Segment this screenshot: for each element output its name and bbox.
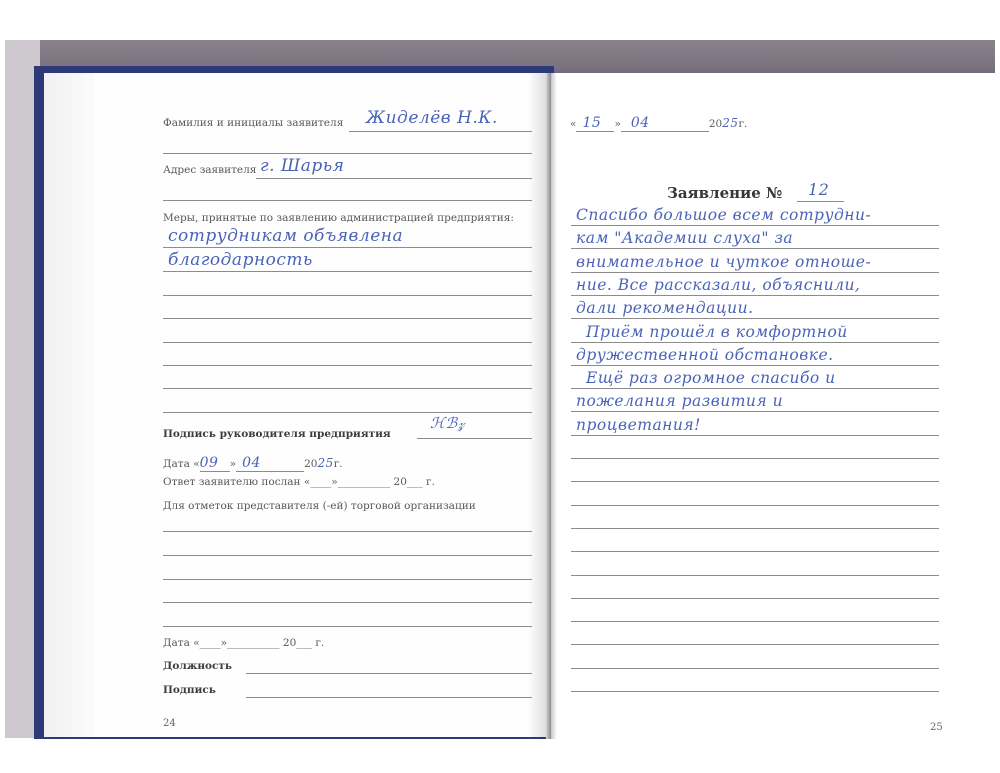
statement-number: 12	[808, 180, 829, 199]
statement-line: процветания!	[576, 416, 701, 434]
date-day: 09	[200, 455, 230, 472]
ruled-line	[571, 575, 939, 576]
applicant-address-value: г. Шарья	[260, 156, 344, 176]
approval-date: Дата «09»042025г.	[163, 452, 343, 472]
ruled-line	[571, 342, 939, 343]
ruled-line	[163, 602, 532, 603]
ruled-line	[571, 295, 939, 296]
ruled-line	[571, 225, 939, 226]
reply-sent-label: Ответ заявителю послан «____»__________ …	[163, 476, 435, 488]
manager-signature-label: Подпись руководителя предприятия	[163, 428, 391, 440]
measures-label: Меры, принятые по заявлению администраци…	[163, 212, 514, 224]
date-month: 04	[236, 455, 304, 472]
position-label: Должность	[163, 660, 232, 672]
signature-line	[246, 697, 532, 698]
ruled-line	[163, 626, 532, 627]
ruled-line	[571, 598, 939, 599]
statement-line: ние. Все рассказали, объяснили,	[576, 276, 860, 294]
blank-line	[163, 153, 532, 154]
ruled-line	[571, 481, 939, 482]
ruled-line	[571, 411, 939, 412]
statement-date-year-suffix: 25	[722, 116, 738, 130]
ruled-line	[163, 579, 532, 580]
statement-date-day: 15	[576, 115, 614, 132]
manager-signature: ℋℬ𝓏	[430, 414, 465, 432]
ruled-line	[571, 458, 939, 459]
bottom-date-label: Дата «____»__________ 20___ г.	[163, 637, 324, 649]
applicant-address-label: Адрес заявителя	[163, 164, 256, 176]
ruled-line	[571, 435, 939, 436]
manager-signature-line	[417, 438, 532, 439]
date-year-suffix: 25	[317, 456, 333, 470]
ruled-line	[163, 388, 532, 389]
ruled-line	[571, 551, 939, 552]
ruled-line	[163, 531, 532, 532]
ruled-line	[571, 505, 939, 506]
statement-line: Спасибо большое всем сотрудни-	[576, 206, 871, 224]
ruled-line	[571, 644, 939, 645]
page-number-right: 25	[930, 722, 943, 733]
measures-line-1: сотрудникам объявлена	[168, 226, 403, 246]
ruled-line	[163, 342, 532, 343]
ruled-line	[571, 248, 939, 249]
statement-line: дали рекомендации.	[576, 299, 754, 317]
date-year-prefix: 20	[304, 458, 317, 470]
ruled-line	[163, 365, 532, 366]
statement-line: Приём прошёл в комфортной	[586, 323, 848, 341]
page-gutter-shadow	[528, 73, 546, 737]
ruled-line	[571, 365, 939, 366]
statement-date-year-prefix: 20	[709, 118, 722, 130]
ruled-line	[163, 247, 532, 248]
statement-line: дружественной обстановке.	[576, 346, 834, 364]
measures-line-2: благодарность	[168, 250, 313, 270]
signature-label: Подпись	[163, 684, 216, 696]
ruled-line	[571, 318, 939, 319]
statement-line: внимательное и чуткое отноше-	[576, 253, 871, 271]
statement-number-line	[797, 201, 844, 202]
position-line	[246, 673, 532, 674]
org-rep-label: Для отметок представителя (-ей) торговой…	[163, 500, 476, 512]
applicant-name-value: Жиделёв Н.К.	[366, 108, 498, 128]
statement-date-month: 04	[621, 115, 709, 132]
ruled-line	[163, 555, 532, 556]
applicant-name-label: Фамилия и инициалы заявителя	[163, 117, 343, 129]
ruled-line	[571, 388, 939, 389]
ruled-line	[571, 528, 939, 529]
statement-line: Ещё раз огромное спасибо и	[586, 369, 836, 387]
left-page-edge	[44, 73, 94, 737]
applicant-name-line	[349, 131, 532, 132]
ruled-line	[571, 621, 939, 622]
book-spine	[546, 73, 556, 739]
ruled-line	[571, 668, 939, 669]
page-number-left: 24	[163, 718, 176, 729]
ruled-line	[571, 272, 939, 273]
ruled-line	[163, 271, 532, 272]
ruled-line	[163, 295, 532, 296]
statement-date: «15»042025г.	[570, 112, 747, 132]
ruled-line	[163, 412, 532, 413]
statement-line: пожелания развития и	[576, 392, 783, 410]
statement-line: кам "Академии слуха" за	[576, 229, 793, 247]
statement-title: Заявление №	[667, 184, 782, 202]
date-label: Дата «	[163, 458, 200, 470]
ruled-line	[571, 691, 939, 692]
applicant-address-line	[256, 178, 532, 179]
ruled-line	[163, 318, 532, 319]
blank-line	[163, 200, 532, 201]
